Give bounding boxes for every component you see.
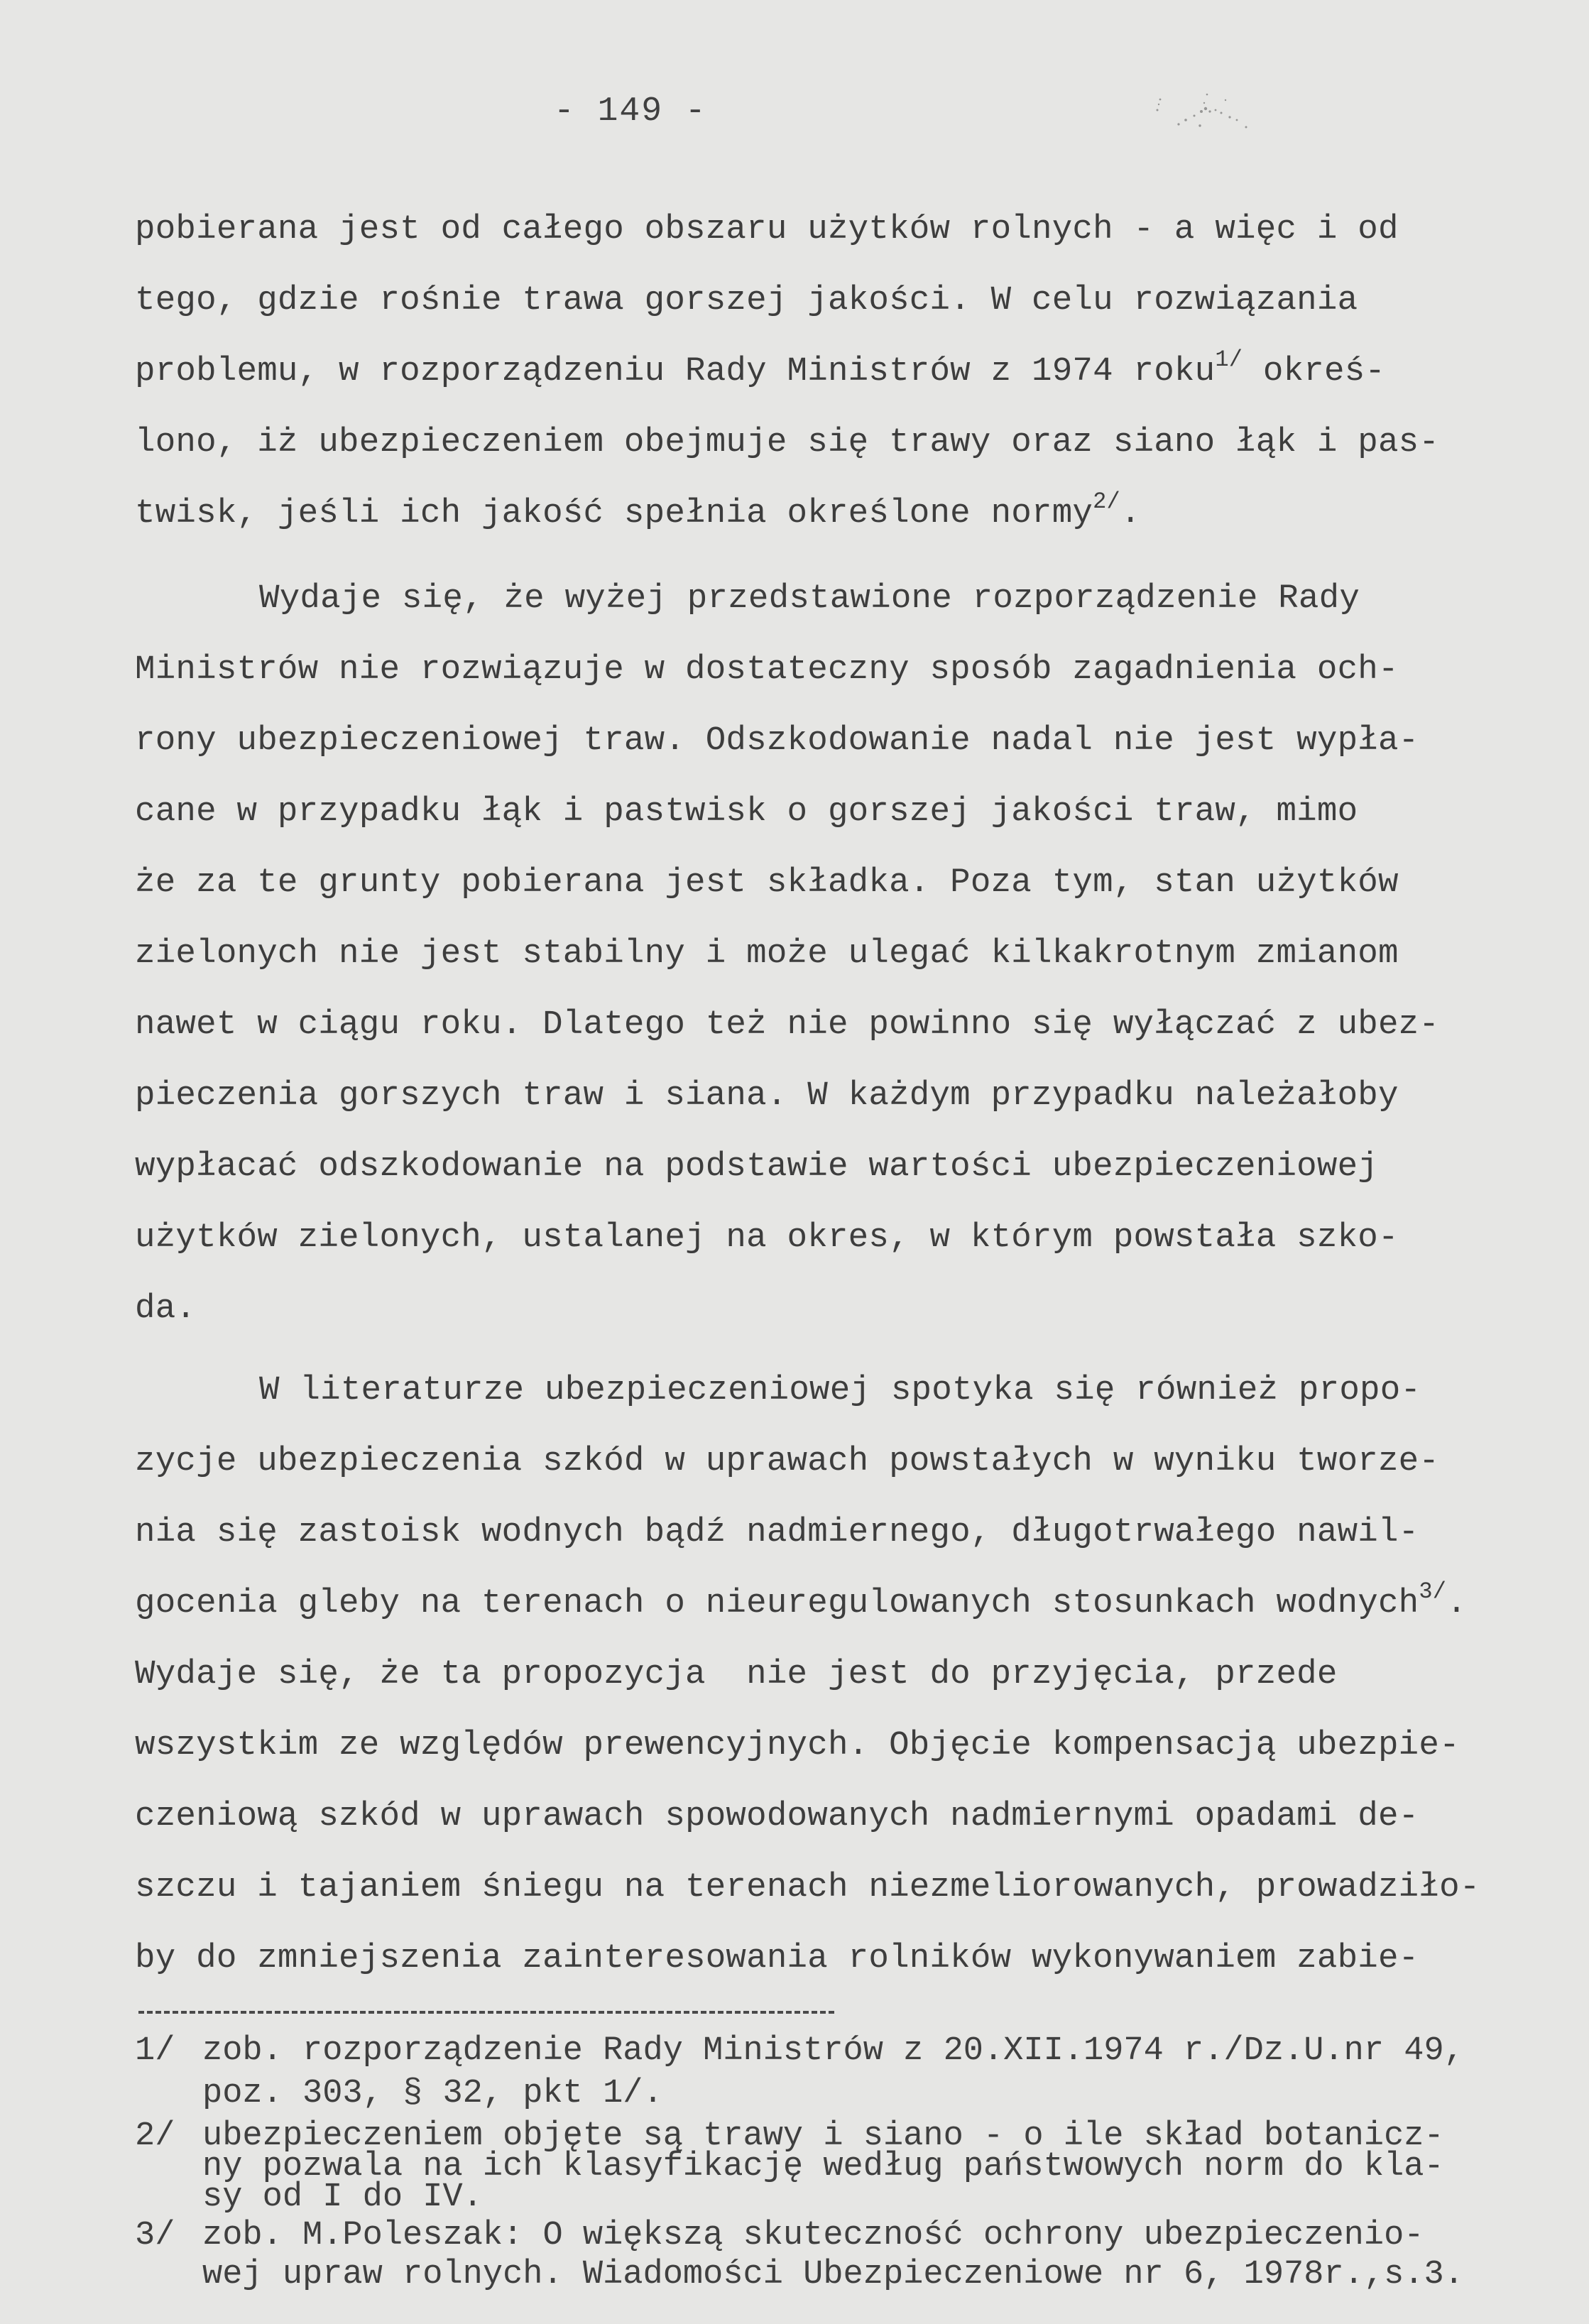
body-line: tego, gdzie rośnie trawa gorszej jakości… <box>135 284 1358 318</box>
body-line: pieczenia gorszych traw i siana. W każdy… <box>135 1079 1399 1113</box>
footnote-1-line: zob. rozporządzenie Rady Ministrów z 20.… <box>202 2034 1464 2068</box>
body-line: twisk, jeśli ich jakość spełnia określon… <box>135 497 1141 531</box>
body-line: wypłacać odszkodowanie na podstawie wart… <box>135 1150 1378 1184</box>
body-line: wszystkim ze względów prewencyjnych. Obj… <box>135 1729 1460 1763</box>
footnote-divider <box>138 2011 834 2014</box>
body-line: gocenia gleby na terenach o nieuregulowa… <box>135 1587 1467 1621</box>
body-line: problemu, w rozporządzeniu Rady Ministró… <box>135 355 1385 389</box>
body-line: rony ubezpieczeniowej traw. Odszkodowani… <box>135 724 1419 758</box>
body-line: by do zmniejszenia zainteresowania rolni… <box>135 1942 1419 1976</box>
body-line-tail: . <box>1446 1584 1467 1622</box>
body-line: nia się zastoisk wodnych bądź nadmierneg… <box>135 1516 1419 1550</box>
body-line: cane w przypadku łąk i pastwisk o gorsze… <box>135 795 1358 829</box>
page-number: - 149 - <box>554 92 707 131</box>
body-line: że za te grunty pobierana jest składka. … <box>135 866 1399 900</box>
body-line: użytków zielonych, ustalanej na okres, w… <box>135 1221 1399 1255</box>
document-page: - 149 - pobierana jest od całego obszaru… <box>0 0 1589 2324</box>
body-line-tail: . <box>1120 494 1141 533</box>
footnote-3-line: zob. M.Poleszak: O większą skuteczność o… <box>202 2219 1424 2252</box>
footnote-ref-2[interactable]: 2/ <box>1093 489 1120 515</box>
footnote-3-line: wej upraw rolnych. Wiadomości Ubezpiecze… <box>202 2258 1464 2291</box>
footnote-number-3: 3/ <box>135 2219 175 2252</box>
body-line: lono, iż ubezpieczeniem obejmuje się tra… <box>135 426 1439 460</box>
footnote-1-line: poz. 303, § 32, pkt 1/. <box>202 2077 663 2110</box>
body-line-text: gocenia gleby na terenach o nieuregulowa… <box>135 1584 1419 1622</box>
body-line: pobierana jest od całego obszaru użytków… <box>135 213 1399 247</box>
body-line-text: problemu, w rozporządzeniu Rady Ministró… <box>135 352 1215 391</box>
body-line: W literaturze ubezpieczeniowej spotyka s… <box>259 1374 1421 1408</box>
body-line: Wydaje się, że wyżej przedstawione rozpo… <box>259 582 1360 616</box>
stamp-mark-icon <box>1136 67 1278 138</box>
body-line: da. <box>135 1292 196 1326</box>
footnote-2-line: sy od I do IV. <box>202 2181 483 2214</box>
body-line: Ministrów nie rozwiązuje w dostateczny s… <box>135 653 1399 687</box>
footnote-number-1: 1/ <box>135 2034 175 2068</box>
body-line: nawet w ciągu roku. Dlatego też nie powi… <box>135 1008 1439 1042</box>
body-line-text: twisk, jeśli ich jakość spełnia określon… <box>135 494 1093 533</box>
body-line: zycje ubezpieczenia szkód w uprawach pow… <box>135 1445 1439 1479</box>
body-line: Wydaje się, że ta propozycja nie jest do… <box>135 1658 1338 1692</box>
footnote-number-2: 2/ <box>135 2120 175 2153</box>
body-line: szczu i tajaniem śniegu na terenach niez… <box>135 1871 1480 1905</box>
footnote-ref-3[interactable]: 3/ <box>1419 1578 1446 1605</box>
body-line: zielonych nie jest stabilny i może ulega… <box>135 937 1399 971</box>
body-line-tail: okreś- <box>1243 352 1385 391</box>
footnote-ref-1[interactable]: 1/ <box>1215 347 1243 373</box>
body-line: czeniową szkód w uprawach spowodowanych … <box>135 1800 1419 1834</box>
